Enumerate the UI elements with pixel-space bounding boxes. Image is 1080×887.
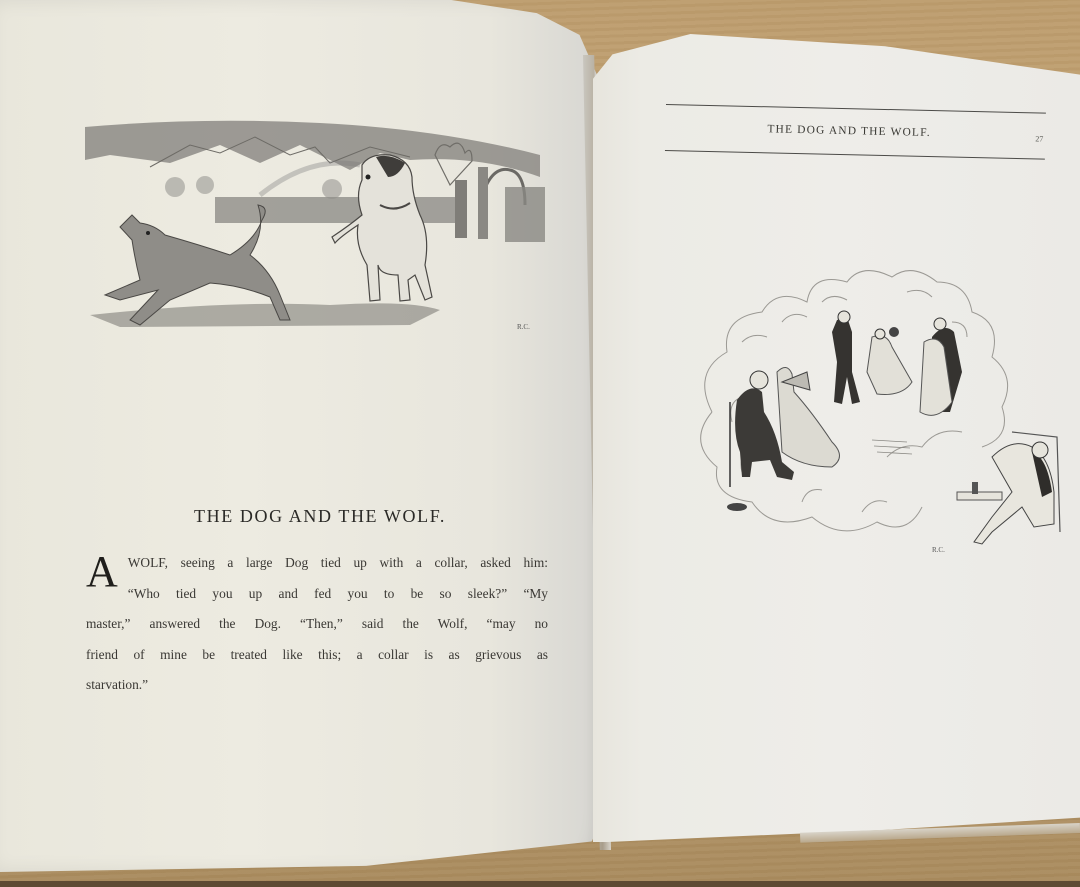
story-line: “Who tied you up and fed you to be so sl… <box>86 579 548 610</box>
header-rule-bottom <box>665 150 1045 160</box>
illustration-icon: R.C. <box>682 262 1067 558</box>
drop-cap: A <box>86 554 118 590</box>
illustration-signature: R.C. <box>517 323 530 331</box>
story-title: THE DOG AND THE WOLF. <box>80 506 560 527</box>
illustration-signature: R.C. <box>932 546 945 554</box>
running-header: THE DOG AND THE WOLF. 27 <box>665 104 1046 171</box>
story-line: friend of mine be treated like this; a c… <box>86 640 548 671</box>
running-title: THE DOG AND THE WOLF. <box>767 123 931 139</box>
table-edge <box>0 881 1080 887</box>
story-text: A WOLF, seeing a large Dog tied up with … <box>86 548 548 701</box>
dream-ballroom-illustration: R.C. <box>682 262 1067 558</box>
page-number: 27 <box>1035 134 1043 143</box>
story-line: starvation.” <box>86 670 548 701</box>
illustration-icon: R.C. <box>80 115 550 340</box>
story-line: master,” answered the Dog. “Then,” said … <box>86 609 548 640</box>
story-line: WOLF, seeing a large Dog tied up with a … <box>86 548 548 579</box>
dog-wolf-illustration: R.C. <box>80 115 550 340</box>
